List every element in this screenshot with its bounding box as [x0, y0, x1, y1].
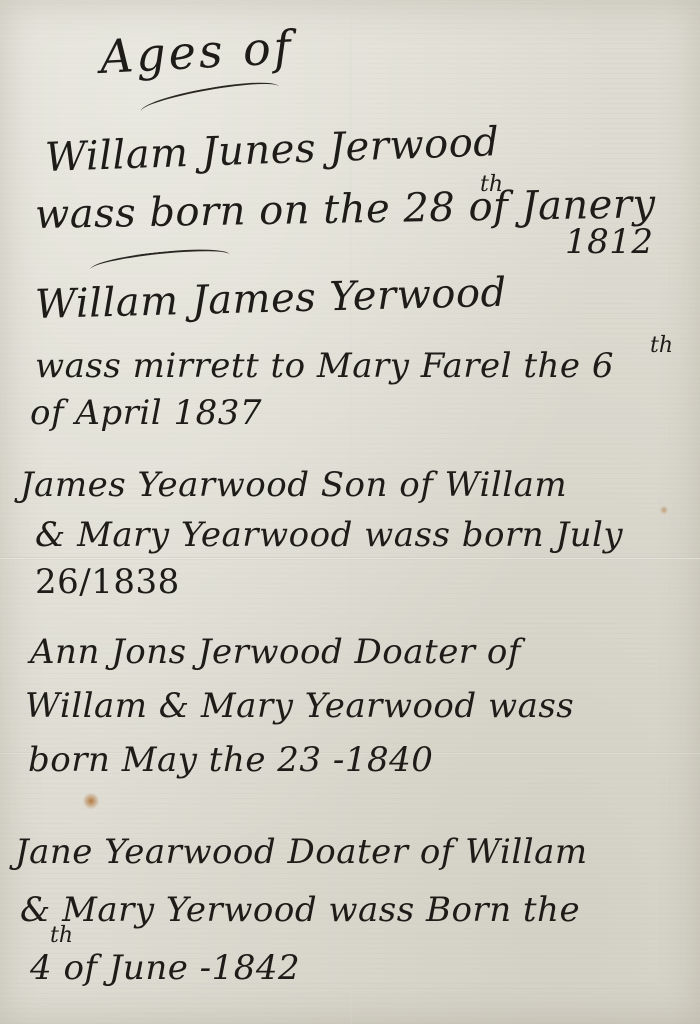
ink-stain [82, 793, 100, 809]
entry-3-line-1: James Yearwood Son of Willam [20, 465, 567, 505]
entry-2-superscript: th [650, 333, 673, 358]
entry-3-line-3: 26/1838 [35, 562, 180, 602]
title-flourish [139, 76, 281, 122]
entry-5-line-3: 4 of June -1842 [30, 948, 300, 988]
entry-5-line-2: & Mary Yerwood wass Born the [20, 890, 580, 930]
handwritten-document: Ages of Willam Junes Jerwood th wass bor… [0, 0, 700, 1024]
entry-1-line-2: wass born on the 28 of Janery [35, 181, 656, 238]
entry-5-superscript: th [50, 923, 73, 948]
entry-1-line-1: Willam Junes Jerwood [44, 119, 500, 181]
ink-stain [660, 505, 668, 515]
entry-4-line-2: Willam & Mary Yearwood wass [25, 686, 574, 726]
entry-2-line-1: Willam James Yerwood [34, 270, 507, 328]
entry-2-line-3: of April 1837 [30, 393, 262, 433]
entry-4-line-3: born May the 23 -1840 [28, 740, 433, 780]
entry-2-line-2: wass mirrett to Mary Farel the 6 [35, 346, 614, 386]
entry-flourish [89, 245, 230, 280]
document-title: Ages of [99, 20, 295, 84]
entry-3-line-2: & Mary Yearwood wass born July [35, 515, 623, 555]
entry-4-line-1: Ann Jons Jerwood Doater of [30, 632, 521, 672]
entry-5-line-1: Jane Yearwood Doater of Willam [15, 832, 588, 872]
entry-1-line-3: 1812 [565, 222, 654, 262]
